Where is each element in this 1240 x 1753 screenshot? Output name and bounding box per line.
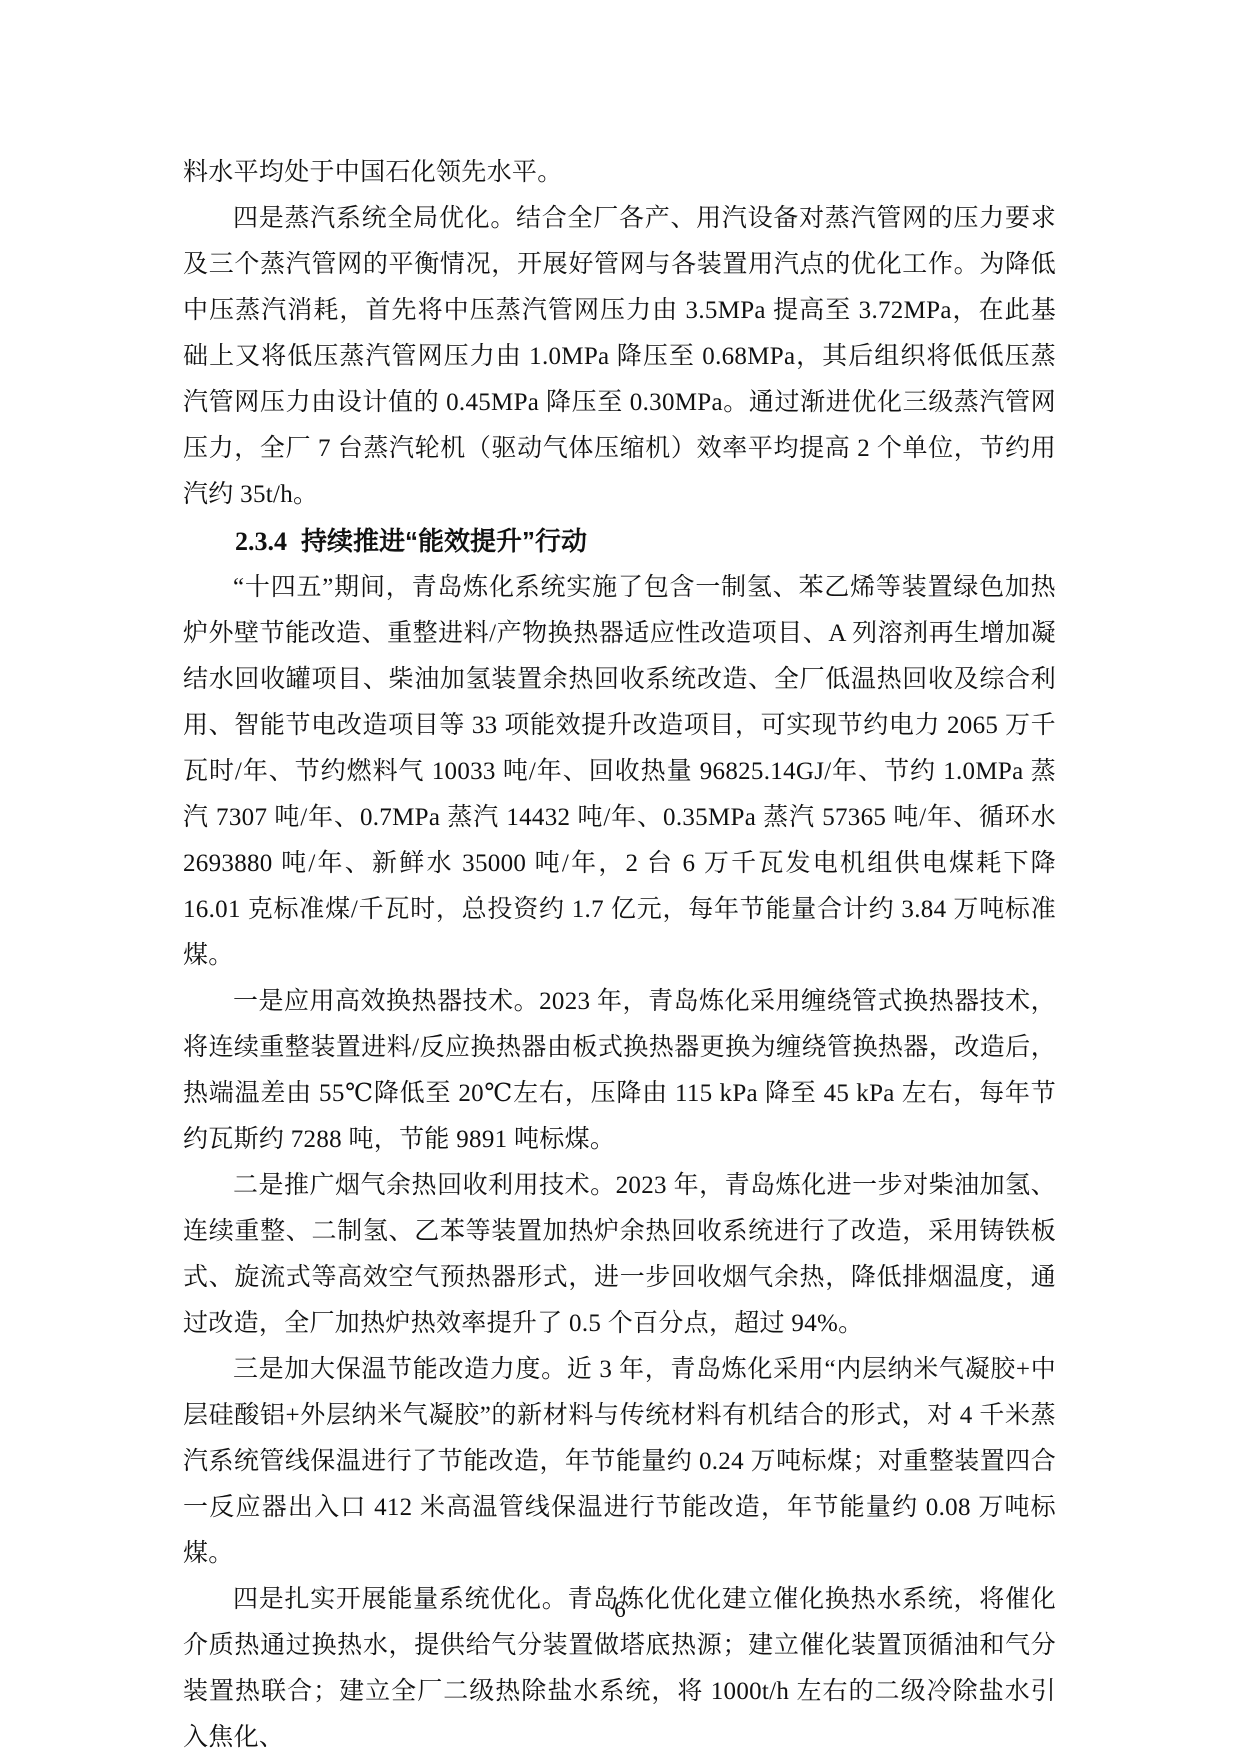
paragraph-heat-exchanger-technology: 一是应用高效换热器技术。2023 年，青岛炼化采用缠绕管式换热器技术，将连续重整… <box>183 979 1056 1163</box>
document-body: 料水平均处于中国石化领先水平。 四是蒸汽系统全局优化。结合全厂各产、用汽设备对蒸… <box>183 150 1056 1753</box>
paragraph-steam-system-optimization: 四是蒸汽系统全局优化。结合全厂各产、用汽设备对蒸汽管网的压力要求及三个蒸汽管网的… <box>183 196 1056 518</box>
paragraph-flue-gas-heat-recovery: 二是推广烟气余热回收利用技术。2023 年，青岛炼化进一步对柴油加氢、连续重整、… <box>183 1163 1056 1347</box>
paragraph-energy-efficiency-projects: “十四五”期间，青岛炼化系统实施了包含一制氢、苯乙烯等装置绿色加热炉外壁节能改造… <box>183 565 1056 979</box>
paragraph-lead-continuation: 料水平均处于中国石化领先水平。 <box>183 150 1056 196</box>
section-heading-2-3-4: 2.3.4持续推进“能效提升”行动 <box>183 518 1056 565</box>
page-number: 6 <box>0 1596 1240 1624</box>
section-heading-title: 持续推进“能效提升”行动 <box>301 526 587 556</box>
paragraph-insulation-retrofit: 三是加大保温节能改造力度。近 3 年，青岛炼化采用“内层纳米气凝胶+中层硅酸铝+… <box>183 1347 1056 1577</box>
document-page: 料水平均处于中国石化领先水平。 四是蒸汽系统全局优化。结合全厂各产、用汽设备对蒸… <box>0 0 1240 1753</box>
section-heading-number: 2.3.4 <box>235 527 287 556</box>
